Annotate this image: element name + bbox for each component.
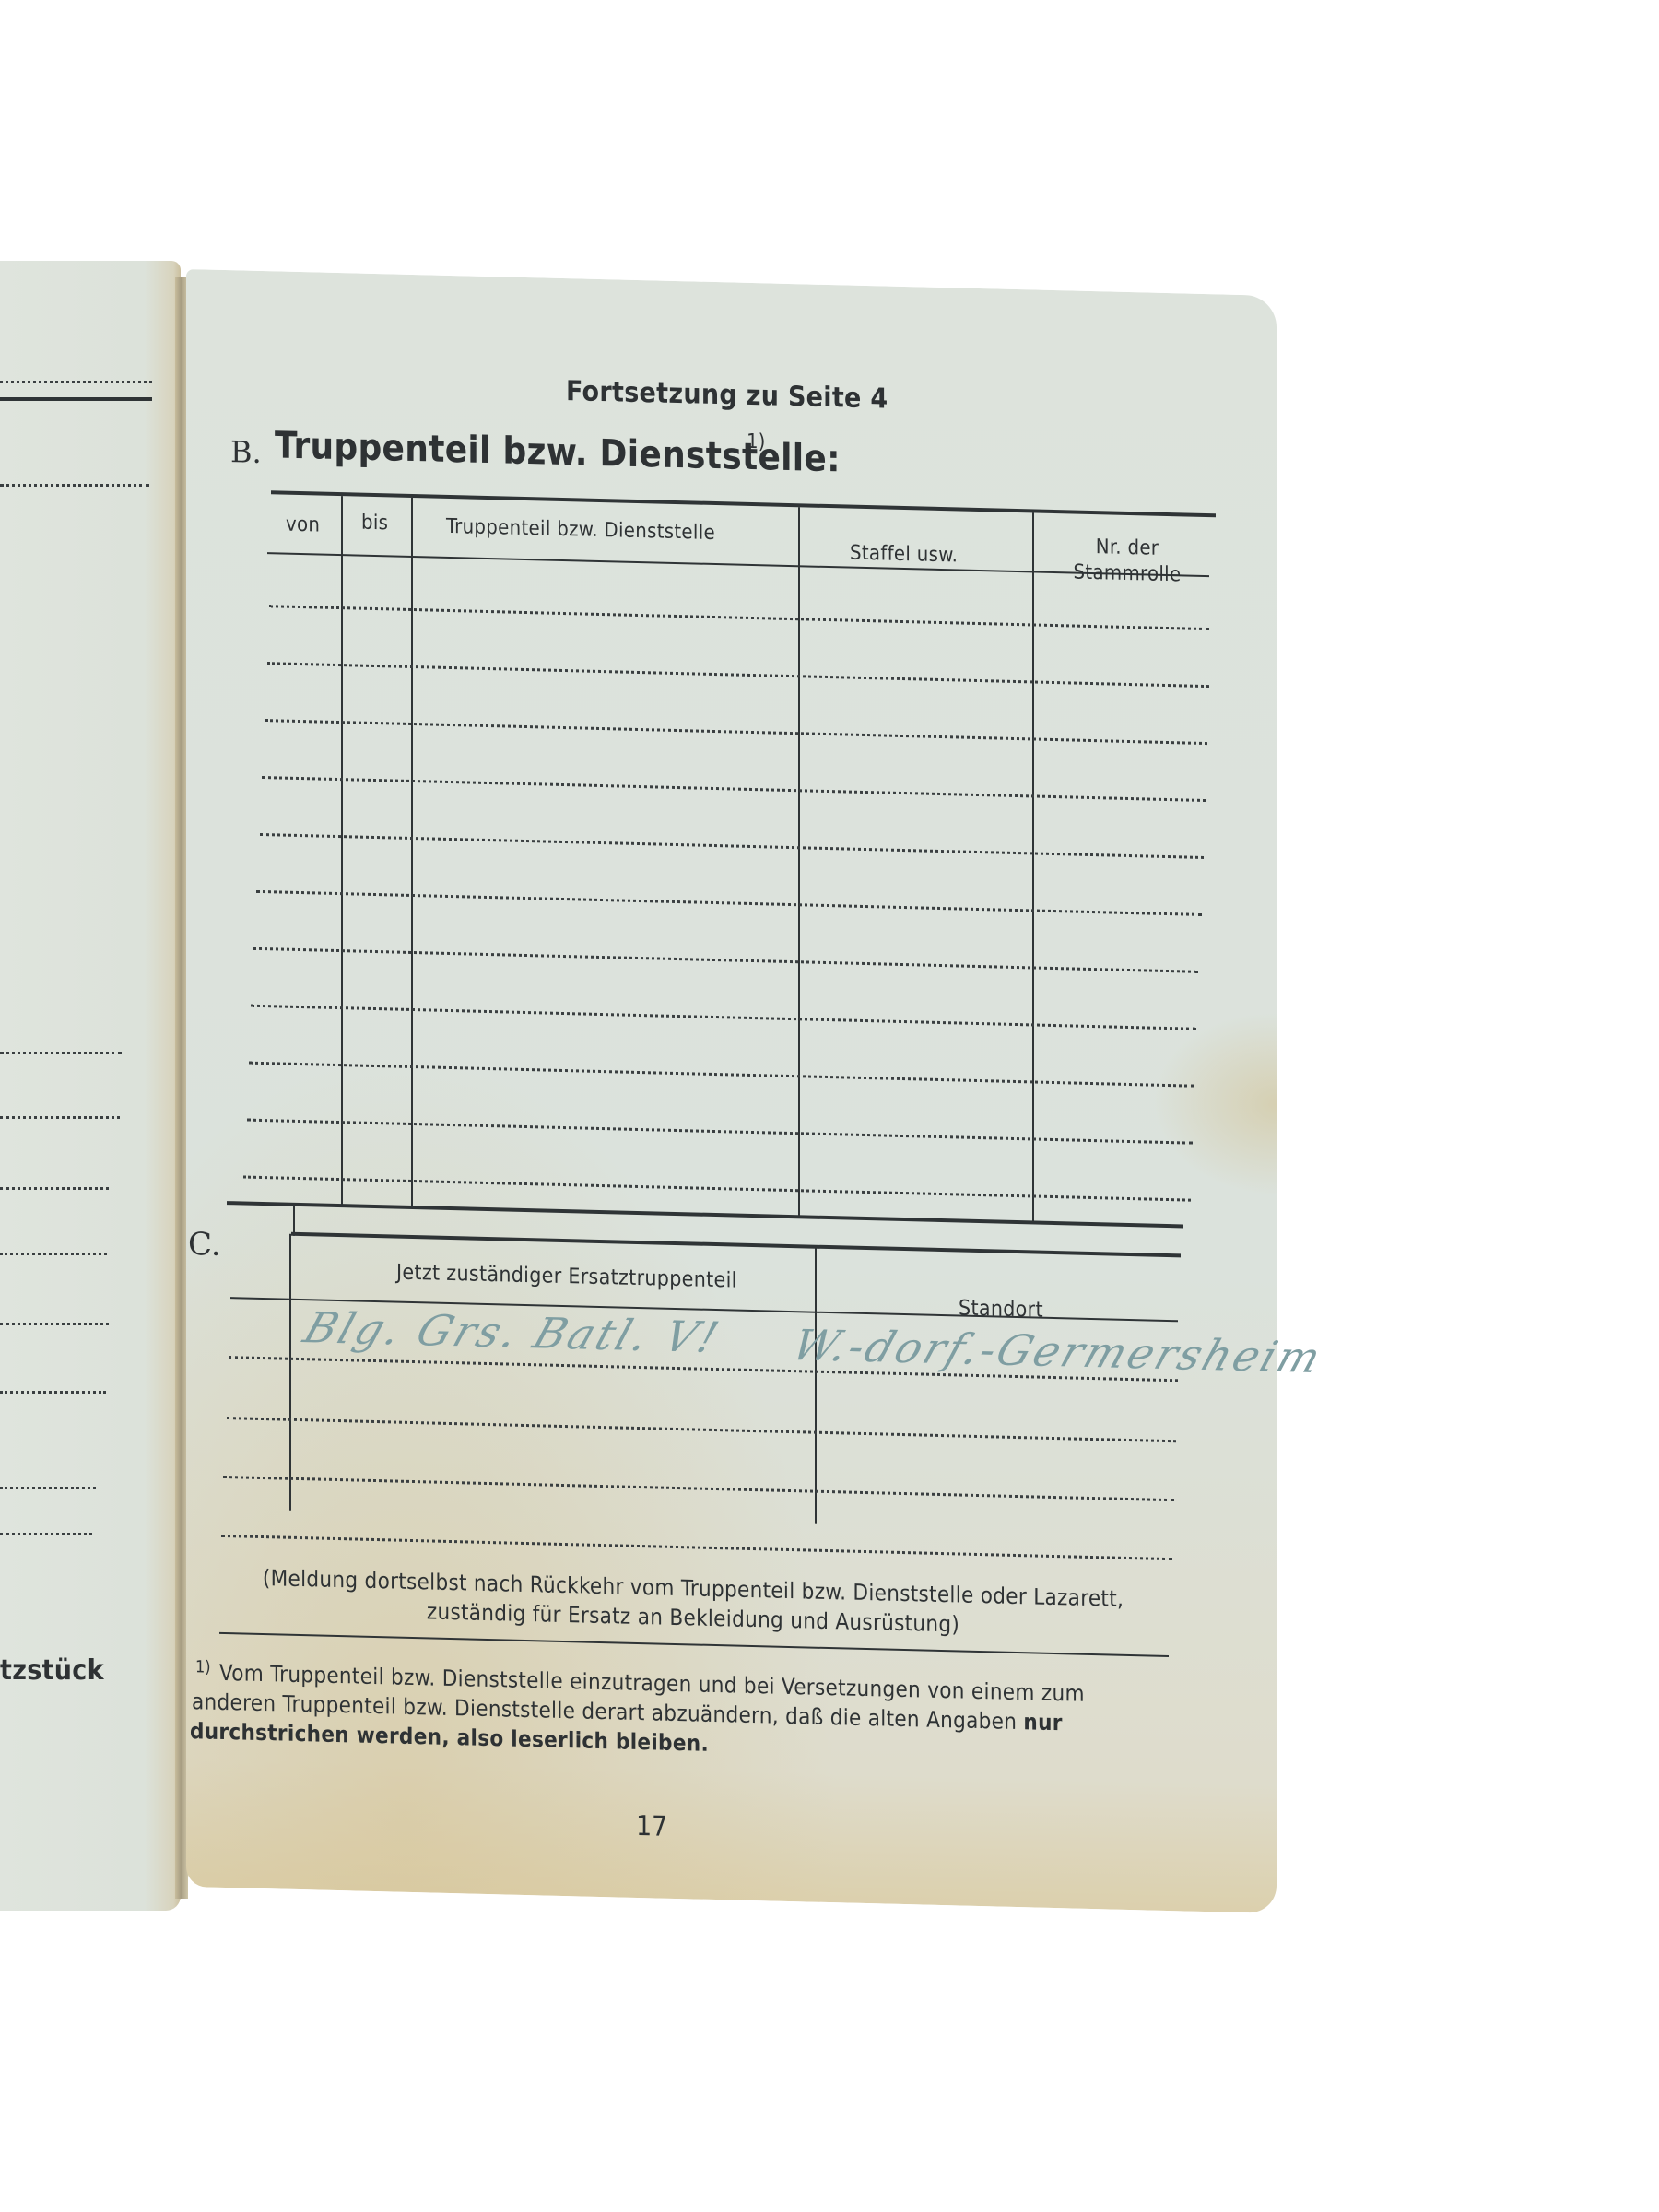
table-row[interactable] bbox=[256, 890, 1202, 916]
dotted-line bbox=[0, 1253, 107, 1255]
right-page: Fortsetzung zu Seite 4 B. Truppenteil bz… bbox=[186, 269, 1277, 1913]
col-header-stammrolle: Nr. der Stammrolle bbox=[1058, 534, 1196, 589]
dotted-line bbox=[0, 1187, 109, 1190]
table-row[interactable] bbox=[247, 1119, 1193, 1145]
table-row[interactable] bbox=[265, 719, 1207, 745]
partial-word: tzstück bbox=[0, 1654, 104, 1687]
table-b-bottom-rule bbox=[227, 1201, 1183, 1228]
table-c-top-rule bbox=[291, 1232, 1181, 1258]
table-row[interactable] bbox=[269, 605, 1209, 630]
footnote-mark: 1) bbox=[747, 430, 765, 453]
col-header-ersatztruppenteil: Jetzt zuständiger Ersatztruppenteil bbox=[396, 1261, 737, 1293]
table-row[interactable] bbox=[251, 1005, 1196, 1030]
section-c-letter: C. bbox=[188, 1226, 221, 1264]
footnote-line-2-bold: nur bbox=[1023, 1709, 1062, 1735]
col-divider bbox=[289, 1234, 291, 1511]
col-divider bbox=[341, 496, 343, 1206]
rule bbox=[0, 397, 152, 401]
left-page: tzstück bbox=[0, 261, 181, 1911]
table-row[interactable] bbox=[221, 1535, 1172, 1560]
table-row[interactable] bbox=[260, 833, 1204, 859]
handwritten-ersatztruppenteil: Blg. Grs. Batl. V! bbox=[298, 1302, 727, 1362]
col-header-bis: bis bbox=[361, 512, 388, 535]
col-divider bbox=[798, 507, 800, 1217]
table-row[interactable] bbox=[223, 1476, 1174, 1501]
col-divider bbox=[293, 1206, 295, 1236]
dotted-line bbox=[0, 381, 152, 383]
dotted-line bbox=[0, 1487, 96, 1489]
dotted-line bbox=[0, 484, 149, 487]
dotted-line bbox=[0, 1533, 92, 1535]
dotted-line bbox=[0, 1391, 106, 1394]
page-header: Fortsetzung zu Seite 4 bbox=[566, 375, 888, 416]
table-row[interactable] bbox=[227, 1417, 1176, 1442]
col-divider bbox=[815, 1247, 817, 1524]
col-header-standort: Standort bbox=[959, 1296, 1043, 1322]
col-header-staffel: Staffel usw. bbox=[850, 542, 958, 568]
col-header-von: von bbox=[286, 513, 320, 537]
page-number: 17 bbox=[636, 1810, 667, 1843]
dotted-line bbox=[0, 1323, 109, 1325]
table-row[interactable] bbox=[267, 662, 1209, 688]
col-header-truppenteil: Truppenteil bzw. Dienststelle bbox=[446, 515, 715, 545]
footnote-number: 1) bbox=[195, 1657, 211, 1677]
table-row[interactable] bbox=[249, 1062, 1194, 1088]
table-row[interactable] bbox=[262, 776, 1206, 802]
table-row[interactable] bbox=[243, 1176, 1191, 1202]
table-row[interactable] bbox=[253, 947, 1198, 973]
col-divider bbox=[411, 498, 413, 1207]
col-divider bbox=[1032, 512, 1034, 1222]
table-b-rows bbox=[186, 269, 1277, 296]
dotted-line bbox=[0, 1116, 120, 1119]
section-b-letter: B. bbox=[230, 434, 262, 470]
dotted-line bbox=[0, 1052, 122, 1054]
